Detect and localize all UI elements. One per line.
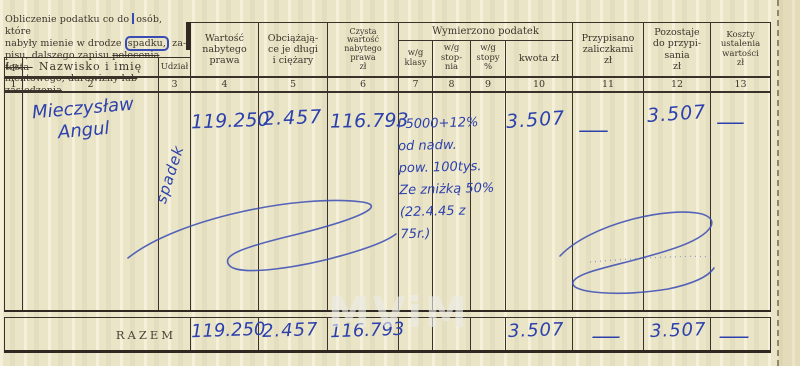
colnum-10: 10 [505,77,573,92]
colnum-7: 7 [398,77,433,92]
intro-line1a: Obliczenie podatku co do [5,14,129,25]
colnum-5: 5 [258,77,328,92]
colnum-8: 8 [432,77,471,92]
colnum-11: 11 [572,77,644,92]
header-tax-amount: kwota zł [505,40,573,77]
hw-debts: 2.457 [263,106,323,131]
watermark-text: MViM [328,288,470,337]
hw-value: 119.250 [191,109,270,135]
header-advances: Przypisano zaliczkami zł [572,22,644,77]
colnum-13: 13 [710,77,771,92]
body-cell-lp [4,92,23,311]
header-costs: Koszty ustalenia wartości zł [710,22,771,77]
header-tax-rate: w/g stopy % [470,40,506,77]
intro-line4-struck: mentowego, darowizny lub zasiedzenia [5,73,137,96]
intro-note: Obliczenie podatku co doosób, które naby… [5,13,189,97]
rule-bottom [4,350,771,353]
hw-total-tax-amount: 3.507 [508,319,565,343]
header-remaining: Pozostaje do przypi- sania zł [643,22,711,77]
header-debts: Obciążają- ce je długi i ciężary [258,22,328,77]
intro-line2b: za- [172,38,186,49]
header-tax-class: w/g klasy [398,40,433,77]
header-net: Czysta wartość nabytego prawa zł [327,22,399,77]
header-tax-degree: w/g stop- nia [432,40,471,77]
intro-line2a: nabyły mienie w drodze [5,38,122,49]
colnum-4: 4 [190,77,259,92]
hw-total-advances-dash: — [591,324,621,348]
pen-insert-mark [132,13,134,24]
hw-total-remaining: 3.507 [650,319,707,343]
hw-tax-amount: 3.507 [505,107,566,134]
header-value: Wartość nabytego prawa [190,22,259,77]
intro-line3a: pisu, dalszego zapisu [5,50,109,61]
colnum-6: 6 [327,77,399,92]
hw-advances-dash: — [578,118,610,143]
hw-total-debts: 2.457 [262,319,319,343]
hw-calc-note: I 5000+12% od nadw. pow. 100tys. Ze zniż… [397,112,496,247]
scanned-tax-form: Obliczenie podatku co doosób, które naby… [0,0,800,366]
colnum-9: 9 [470,77,506,92]
hw-costs-dash: — [716,110,745,135]
total-label: RAZEM [4,317,191,353]
hw-name-last: Angul [57,118,110,144]
header-tax-group: Wymierzono podatek [398,22,573,41]
paper-edge-strip [779,0,800,366]
pen-circled-word: spadku, [125,36,169,51]
total-cell-tax-rate [470,317,506,353]
perforation-line [777,0,779,366]
hw-remaining: 3.507 [646,101,707,128]
hw-total-costs-dash: — [718,324,750,348]
colnum-12: 12 [643,77,711,92]
hw-total-value: 119.250 [191,319,266,343]
